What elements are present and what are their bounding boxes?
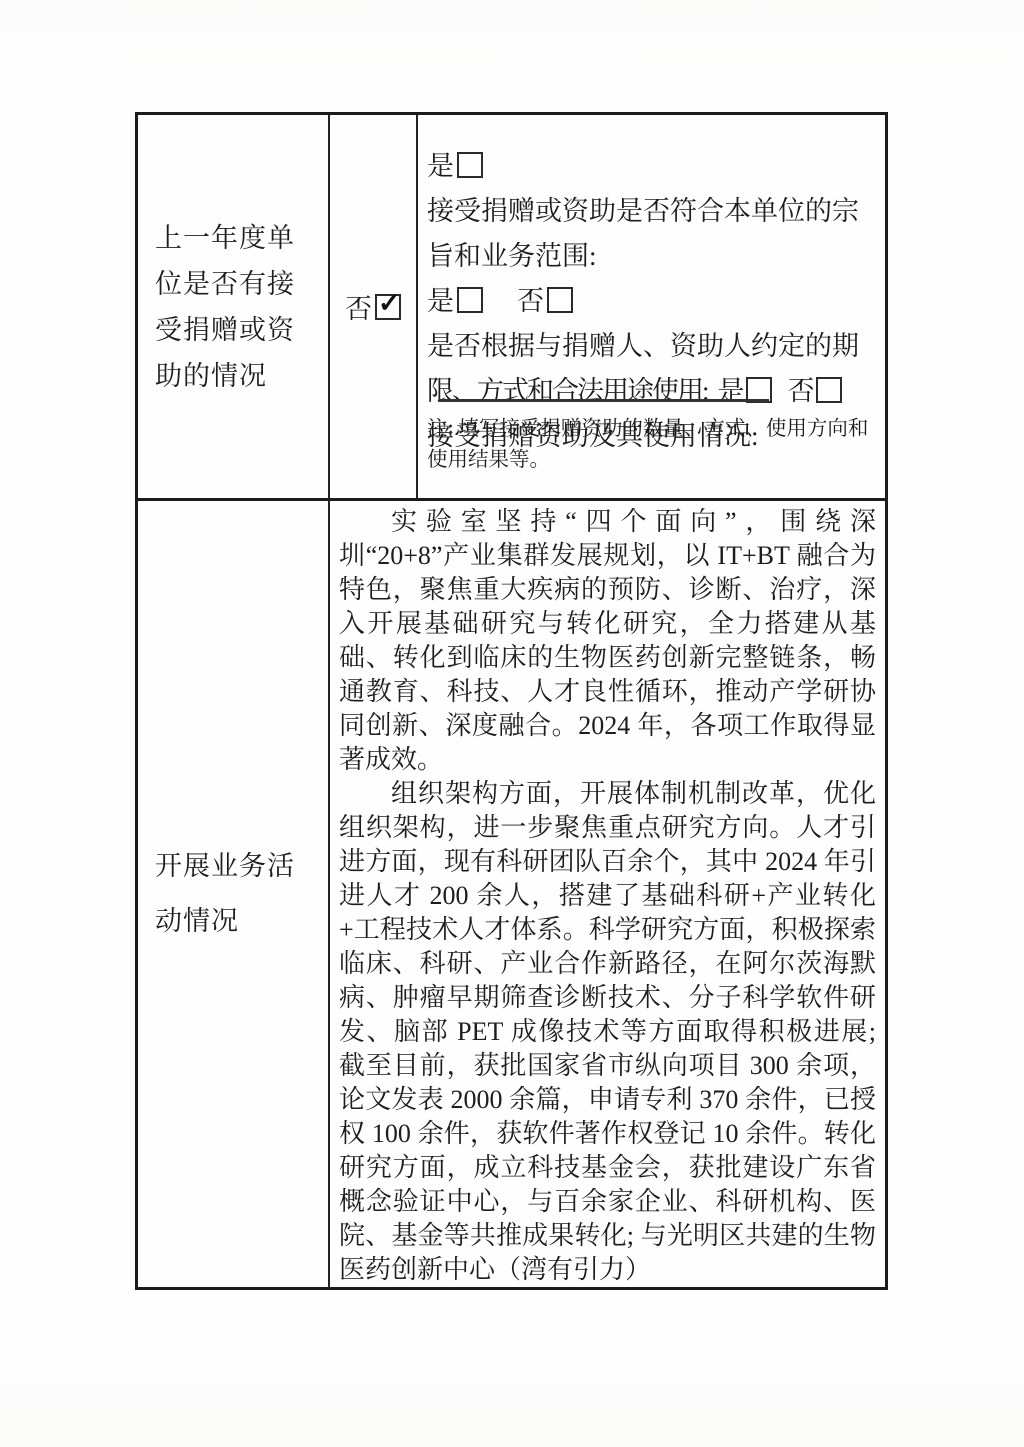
activity-paragraph-2: 组织架构方面，开展体制机制改革，优化组织架构，进一步聚焦重点研究方向。人才引进方… [339, 777, 876, 1287]
no-checkbox-checked: ✓ [375, 294, 401, 320]
yes-checkbox-empty [457, 287, 483, 313]
note-text: 注: 填写接受捐赠资助的数量、方式、使用方向和使用结果等。 [427, 414, 879, 476]
donation-row: 上一年度单位是否有接受捐赠或资助的情况 否✓ 是 接受捐赠或资助是否符合本单位的… [138, 115, 885, 501]
note-block: 注: 填写接受捐赠资助的数量、方式、使用方向和使用结果等。 [427, 399, 879, 476]
donation-row-label-cell: 上一年度单位是否有接受捐赠或资助的情况 [138, 115, 330, 498]
yes-label: 是 [427, 151, 454, 181]
business-activity-label: 开展业务活动情况 [155, 839, 314, 949]
business-activity-row: 开展业务活动情况 实验室坚持“四个面向”，围绕深圳“20+8”产业集群发展规划，… [138, 501, 885, 1287]
q1-answer-line: 是否 [427, 279, 879, 324]
q1-line1: 接受捐赠或资助是否符合本单位的宗 [427, 189, 879, 234]
yes-label: 是 [427, 286, 454, 316]
blank-fill-line [439, 399, 769, 402]
annual-report-table: 上一年度单位是否有接受捐赠或资助的情况 否✓ 是 接受捐赠或资助是否符合本单位的… [135, 112, 888, 1290]
check-icon: ✓ [378, 290, 401, 317]
no-label: 否 [345, 287, 372, 326]
no-pair: 否 [517, 286, 573, 316]
q1-line2: 旨和业务范围: [427, 234, 879, 279]
detail-yes-line: 是 [427, 144, 879, 189]
donation-answer-cell: 否✓ [330, 115, 418, 498]
donation-row-label: 上一年度单位是否有接受捐赠或资助的情况 [155, 215, 314, 399]
activity-paragraph-1: 实验室坚持“四个面向”，围绕深圳“20+8”产业集群发展规划，以 IT+BT 融… [339, 505, 876, 777]
no-label: 否 [517, 286, 544, 316]
no-checkbox-empty [547, 287, 573, 313]
business-activity-label-cell: 开展业务活动情况 [138, 501, 330, 1287]
yes-checkbox-empty [457, 152, 483, 178]
donation-detail-cell: 是 接受捐赠或资助是否符合本单位的宗 旨和业务范围: 是否 是否根据与捐赠人、资… [418, 115, 885, 498]
business-activity-text-cell: 实验室坚持“四个面向”，围绕深圳“20+8”产业集群发展规划，以 IT+BT 融… [330, 501, 885, 1287]
q2-line1: 是否根据与捐赠人、资助人约定的期 [427, 324, 879, 369]
yes-pair: 是 [427, 286, 483, 316]
yes-pair: 是 [427, 151, 483, 181]
scanned-form-page: 上一年度单位是否有接受捐赠或资助的情况 否✓ 是 接受捐赠或资助是否符合本单位的… [0, 0, 1024, 1447]
